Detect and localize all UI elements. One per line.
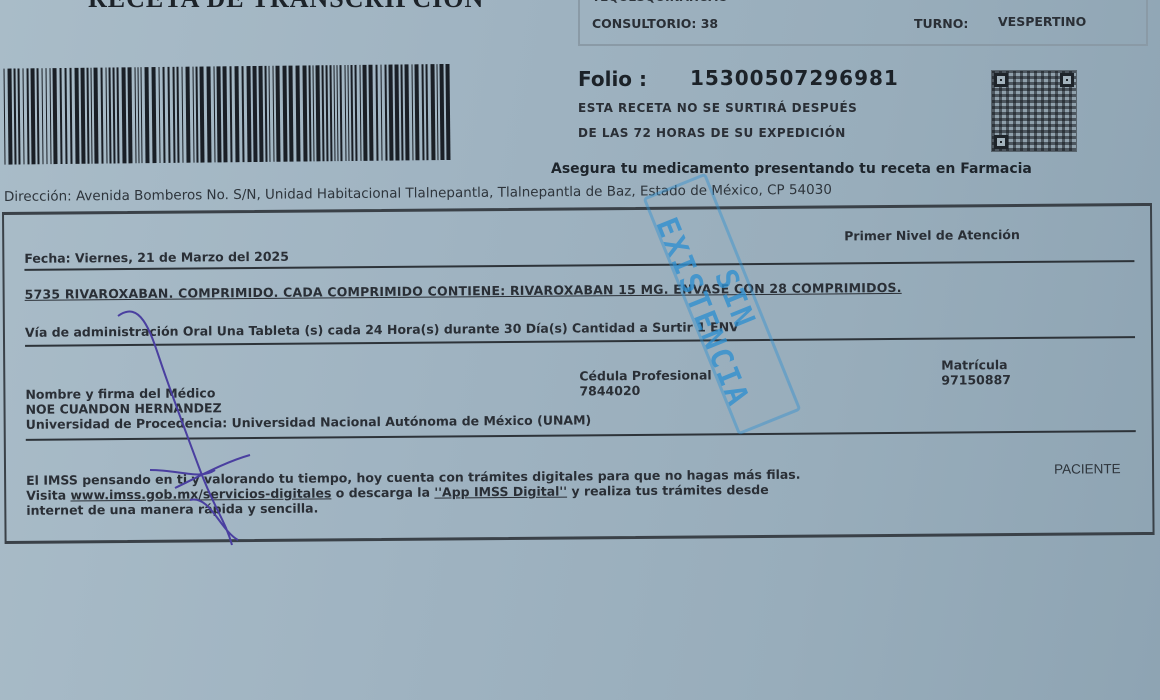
info-visit-text: Visita: [26, 487, 70, 502]
qr-code: [991, 70, 1077, 152]
clinic-info-box: TEQUESQUINAHUAC CONSULTORIO: 38 TURNO: V…: [578, 0, 1148, 46]
copy-label: PACIENTE: [1054, 461, 1121, 477]
divider: [26, 430, 1136, 441]
pharmacy-notice: Asegura tu medicamento presentando tu re…: [551, 161, 1032, 177]
university: Universidad de Procedencia: Universidad …: [26, 412, 592, 431]
prescription-date: Fecha: Viernes, 21 de Marzo del 2025: [24, 249, 289, 266]
folio-number: 15300507296981: [690, 66, 899, 90]
matricula-label: Matrícula: [941, 357, 1011, 373]
expiry-warning-line2: DE LAS 72 HORAS DE SU EXPEDICIÓN: [578, 126, 846, 140]
document-title: RECETA DE TRANSCRIPCIÓN: [88, 0, 484, 14]
prescription-box: Primer Nivel de Atención Fecha: Viernes,…: [2, 203, 1155, 544]
expiry-warning-line1: ESTA RECETA NO SE SURTIRÁ DESPUÉS: [578, 101, 857, 115]
imss-app-link[interactable]: ''App IMSS Digital'': [434, 484, 567, 500]
cedula-label: Cédula Profesional: [579, 367, 711, 383]
consultorio: CONSULTORIO: 38: [592, 16, 718, 31]
folio-label: Folio :: [578, 67, 647, 91]
turno-value: VESPERTINO: [998, 14, 1086, 29]
digital-services-info: El IMSS pensando en ti y valorando tu ti…: [26, 467, 801, 518]
matricula-block: Matrícula 97150887: [941, 357, 1011, 388]
matricula-value: 97150887: [941, 372, 1011, 388]
info-mid-text: o descarga la: [331, 485, 434, 501]
medication-description: 5735 RIVAROXABAN. COMPRIMIDO. CADA COMPR…: [25, 280, 902, 302]
barcode: [4, 63, 505, 164]
cedula-block: Cédula Profesional 7844020: [579, 367, 712, 398]
turno-label: TURNO:: [914, 16, 968, 31]
unit-name: TEQUESQUINAHUAC: [592, 0, 726, 4]
dosage-instructions: Vía de administración Oral Una Tableta (…: [25, 319, 739, 340]
cedula-value: 7844020: [579, 382, 711, 398]
info-end-text: y realiza tus trámites desde: [567, 482, 769, 499]
doctor-block: Nombre y firma del Médico NOE CUANDON HE…: [25, 382, 591, 431]
care-level: Primer Nivel de Atención: [844, 227, 1020, 243]
